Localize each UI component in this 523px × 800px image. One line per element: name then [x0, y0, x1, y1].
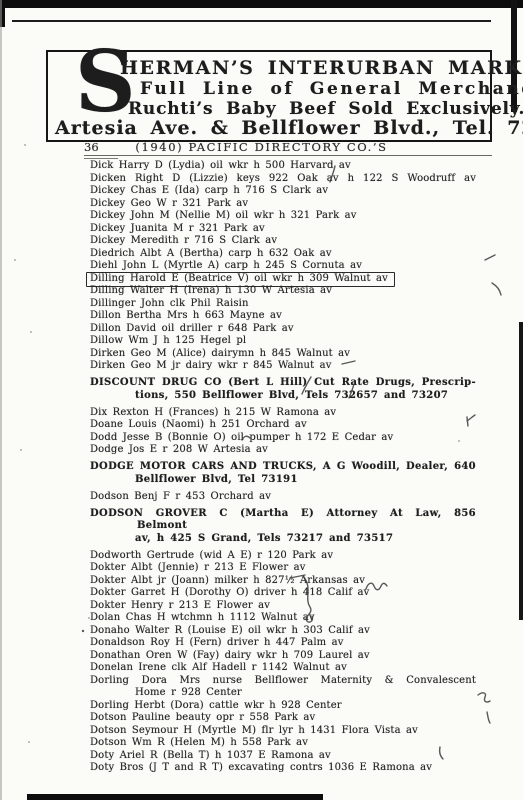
- directory-entry: Dickey John M (Nellie M) oil wkr h 321 P…: [90, 210, 476, 223]
- directory-entry: Dirken Geo M jr dairy wkr r 845 Walnut a…: [90, 360, 476, 373]
- scanned-directory-page: S HERMAN’S INTERURBAN MARKET. Full Line …: [0, 0, 523, 800]
- directory-entry: Donaldson Roy H (Fern) driver h 447 Palm…: [90, 637, 476, 650]
- scan-edge-bottom: [27, 794, 323, 800]
- directory-entry-text: Dick Harry D (Lydia) oil wkr h 500 Harva…: [90, 160, 351, 171]
- directory-entry-text: Dotson Pauline beauty opr r 558 Park av: [90, 712, 315, 723]
- scan-speck: [28, 741, 30, 743]
- directory-entry: Bellflower Blvd, Tel 73191: [90, 474, 476, 487]
- directory-entry-text: Dokter Albt jr (Joann) milker h 827½ Ark…: [90, 575, 365, 586]
- directory-entry-text: Donelan Irene clk Alf Hadell r 1142 Waln…: [90, 662, 347, 673]
- directory-entry-text: Dillinger John clk Phil Raisin: [90, 298, 249, 309]
- directory-entry: Dodd Jesse B (Bonnie O) oil pumper h 172…: [90, 432, 476, 445]
- directory-entry: Dillon David oil driller r 648 Park av: [90, 323, 476, 336]
- directory-entry-text: Dotson Seymour H (Myrtle M) flr lyr h 14…: [90, 725, 418, 736]
- scan-edge-left: [0, 0, 2, 800]
- pen-mark-dot: [82, 630, 84, 632]
- directory-entry-text: Dolan Chas H wtchmn h 1112 Walnut av: [90, 612, 315, 623]
- directory-entry-text: Diehl John L (Myrtle A) carp h 245 S Cor…: [90, 260, 362, 271]
- scan-edge-top: [0, 0, 523, 8]
- directory-entry-text: Dillon Bertha Mrs h 663 Mayne av: [90, 310, 282, 321]
- directory-entry-text: Bellflower Blvd, Tel 73191: [135, 474, 298, 485]
- advertisement-box: S HERMAN’S INTERURBAN MARKET. Full Line …: [46, 50, 492, 142]
- directory-entry: DODSON GROVER C (Martha E) Attorney At L…: [90, 508, 476, 533]
- directory-entry-text: Doty Bros (J T and R T) excavating contr…: [90, 762, 432, 773]
- directory-entry-text: Dilling Walter H (Irena) h 130 W Artesia…: [90, 285, 332, 296]
- directory-entry: Donaho Walter R (Louise E) oil wkr h 303…: [90, 625, 476, 638]
- directory-entry-text: DODSON GROVER C (Martha E) Attorney At L…: [90, 508, 476, 532]
- directory-entry-text: Dodworth Gertrude (wid A E) r 120 Park a…: [90, 550, 333, 561]
- header-rule-secondary: [84, 158, 118, 159]
- ad-tagline-2: Ruchti’s Baby Beef Sold Exclusively.: [128, 99, 523, 119]
- scan-edge-right-lower: [519, 322, 523, 620]
- directory-entry-text: Diedrich Albt A (Bertha) carp h 632 Oak …: [90, 248, 332, 259]
- directory-entry-text: Doane Louis (Naomi) h 251 Orchard av: [90, 419, 307, 430]
- directory-entry: tions, 550 Bellflower Blvd, Tels 732657 …: [90, 390, 476, 403]
- directory-entry: Dickey Geo W r 321 Park av: [90, 198, 476, 211]
- directory-entry: Dotson Pauline beauty opr r 558 Park av: [90, 712, 476, 725]
- directory-entry: Dillow Wm J h 125 Hegel pl: [90, 335, 476, 348]
- directory-entry-text: Donathan Oren W (Fay) dairy wkr h 709 La…: [90, 650, 370, 661]
- pen-mark-right-dash: [485, 255, 495, 260]
- directory-entry: Dodson Benj F r 453 Orchard av: [90, 491, 476, 504]
- directory-entry-text: Dickey John M (Nellie M) oil wkr h 321 P…: [90, 210, 357, 221]
- directory-entry-text: Dorling Herbt (Dora) cattle wkr h 928 Ce…: [90, 700, 342, 711]
- directory-entry-text: Dodson Benj F r 453 Orchard av: [90, 491, 271, 502]
- scan-speck: [20, 449, 22, 451]
- directory-entry: Donathan Oren W (Fay) dairy wkr h 709 La…: [90, 650, 476, 663]
- directory-entry: Dodworth Gertrude (wid A E) r 120 Park a…: [90, 550, 476, 563]
- directory-entry: Dotson Wm R (Helen M) h 558 Park av: [90, 737, 476, 750]
- directory-entry-text: DISCOUNT DRUG CO (Bert L Hill) Cut Rate …: [90, 377, 476, 388]
- directory-entry-text: Donaho Walter R (Louise E) oil wkr h 303…: [90, 625, 370, 636]
- directory-entry: Dick Harry D (Lydia) oil wkr h 500 Harva…: [90, 160, 476, 173]
- directory-entry: Dirken Geo M (Alice) dairymn h 845 Walnu…: [90, 348, 476, 361]
- directory-entry: Dickey Chas E (Ida) carp h 716 S Clark a…: [90, 185, 476, 198]
- directory-entry-text: Doty Ariel R (Bella T) h 1037 E Ramona a…: [90, 750, 331, 761]
- directory-entry: Dilling Walter H (Irena) h 130 W Artesia…: [90, 285, 476, 298]
- directory-entry-text: Dodge Jos E r 208 W Artesia av: [90, 444, 268, 455]
- directory-entry-text: Dickey Meredith r 716 S Clark av: [90, 235, 277, 246]
- directory-entry-text: Dorling Dora Mrs nurse Bellflower Matern…: [90, 675, 476, 686]
- directory-entry: Dokter Albt jr (Joann) milker h 827½ Ark…: [90, 575, 476, 588]
- directory-entry: Dorling Herbt (Dora) cattle wkr h 928 Ce…: [90, 700, 476, 713]
- directory-entry: Home r 928 Center: [90, 687, 476, 700]
- directory-entry: Dokter Albt (Jennie) r 213 E Flower av: [90, 562, 476, 575]
- directory-entry: Diedrich Albt A (Bertha) carp h 632 Oak …: [90, 248, 476, 261]
- directory-entry: Dodge Jos E r 208 W Artesia av: [90, 444, 476, 457]
- directory-entry-text: Dickey Chas E (Ida) carp h 716 S Clark a…: [90, 185, 328, 196]
- directory-entry-text: Dotson Wm R (Helen M) h 558 Park av: [90, 737, 308, 748]
- scan-speck: [30, 331, 32, 333]
- directory-entry-text: Dillow Wm J h 125 Hegel pl: [90, 335, 246, 346]
- directory-list: Dick Harry D (Lydia) oil wkr h 500 Harva…: [90, 160, 476, 775]
- pen-mark-margin-tick: [487, 712, 490, 723]
- top-rule: [12, 20, 491, 22]
- header-rule: [84, 155, 492, 156]
- directory-entry-text: Dickey Juanita M r 321 Park av: [90, 223, 265, 234]
- directory-entry: Dokter Henry r 213 E Flower av: [90, 600, 476, 613]
- directory-entry-text: Dicken Right D (Lizzie) keys 922 Oak av …: [90, 173, 476, 184]
- directory-entry: Doty Ariel R (Bella T) h 1037 E Ramona a…: [90, 750, 476, 763]
- scan-speck: [360, 652, 362, 654]
- directory-entry-text: Home r 928 Center: [135, 687, 242, 698]
- directory-entry-text: Dickey Geo W r 321 Park av: [90, 198, 248, 209]
- directory-entry: av, h 425 S Grand, Tels 73217 and 73517: [90, 533, 476, 546]
- directory-entry-text: Dodd Jesse B (Bonnie O) oil pumper h 172…: [90, 432, 393, 443]
- directory-entry: Doty Bros (J T and R T) excavating contr…: [90, 762, 476, 775]
- directory-entry: Dickey Juanita M r 321 Park av: [90, 223, 476, 236]
- directory-entry-text: Dillon David oil driller r 648 Park av: [90, 323, 294, 334]
- ad-headline: HERMAN’S INTERURBAN MARKET.: [120, 57, 523, 79]
- directory-entry: Dicken Right D (Lizzie) keys 922 Oak av …: [90, 173, 476, 186]
- directory-entry: Dotson Seymour H (Myrtle M) flr lyr h 14…: [90, 725, 476, 738]
- directory-entry: Dilling Harold E (Beatrice V) oil wkr h …: [90, 273, 476, 286]
- scan-speck: [24, 144, 26, 146]
- scan-speck: [88, 617, 90, 619]
- directory-entry: Dillon Bertha Mrs h 663 Mayne av: [90, 310, 476, 323]
- directory-entry: DISCOUNT DRUG CO (Bert L Hill) Cut Rate …: [90, 377, 476, 390]
- pen-mark-right-swoosh: [492, 283, 501, 295]
- scan-speck: [458, 440, 460, 442]
- directory-entry-text: Dirken Geo M jr dairy wkr r 845 Walnut a…: [90, 360, 332, 371]
- directory-entry-text: Donaldson Roy H (Fern) driver h 447 Palm…: [90, 637, 344, 648]
- directory-entry: Dolan Chas H wtchmn h 1112 Walnut av: [90, 612, 476, 625]
- directory-entry-text: tions, 550 Bellflower Blvd, Tels 732657 …: [135, 390, 448, 401]
- ad-tagline-1: Full Line of General Merchandise,: [140, 79, 523, 99]
- ad-address-phone: Artesia Ave. & Bellflower Blvd., Tel. 72…: [55, 117, 523, 139]
- scan-speck: [14, 259, 16, 261]
- directory-entry-text: Dokter Garret H (Dorothy O) driver h 418…: [90, 587, 369, 598]
- directory-entry-text: av, h 425 S Grand, Tels 73217 and 73517: [135, 533, 393, 544]
- directory-entry-text: Dokter Albt (Jennie) r 213 E Flower av: [90, 562, 306, 573]
- directory-entry: Dickey Meredith r 716 S Clark av: [90, 235, 476, 248]
- scan-speck: [500, 90, 502, 93]
- directory-entry-text: Dirken Geo M (Alice) dairymn h 845 Walnu…: [90, 348, 350, 359]
- directory-entry-text: Dokter Henry r 213 E Flower av: [90, 600, 270, 611]
- page-header-title: (1940) PACIFIC DIRECTORY CO.’S: [0, 140, 523, 154]
- scan-speck: [169, 131, 171, 133]
- directory-entry: Dorling Dora Mrs nurse Bellflower Matern…: [90, 675, 476, 688]
- directory-entry: DODGE MOTOR CARS AND TRUCKS, A G Woodill…: [90, 461, 476, 474]
- directory-entry: Dix Rexton H (Frances) h 215 W Ramona av: [90, 407, 476, 420]
- directory-entry-text: Dix Rexton H (Frances) h 215 W Ramona av: [90, 407, 336, 418]
- directory-entry: Dokter Garret H (Dorothy O) driver h 418…: [90, 587, 476, 600]
- directory-entry-text: DODGE MOTOR CARS AND TRUCKS, A G Woodill…: [90, 461, 476, 472]
- directory-entry: Dillinger John clk Phil Raisin: [90, 298, 476, 311]
- directory-entry: Diehl John L (Myrtle A) carp h 245 S Cor…: [90, 260, 476, 273]
- directory-entry: Doane Louis (Naomi) h 251 Orchard av: [90, 419, 476, 432]
- pen-mark-margin-zeta: [478, 693, 490, 702]
- directory-entry: Donelan Irene clk Alf Hadell r 1142 Waln…: [90, 662, 476, 675]
